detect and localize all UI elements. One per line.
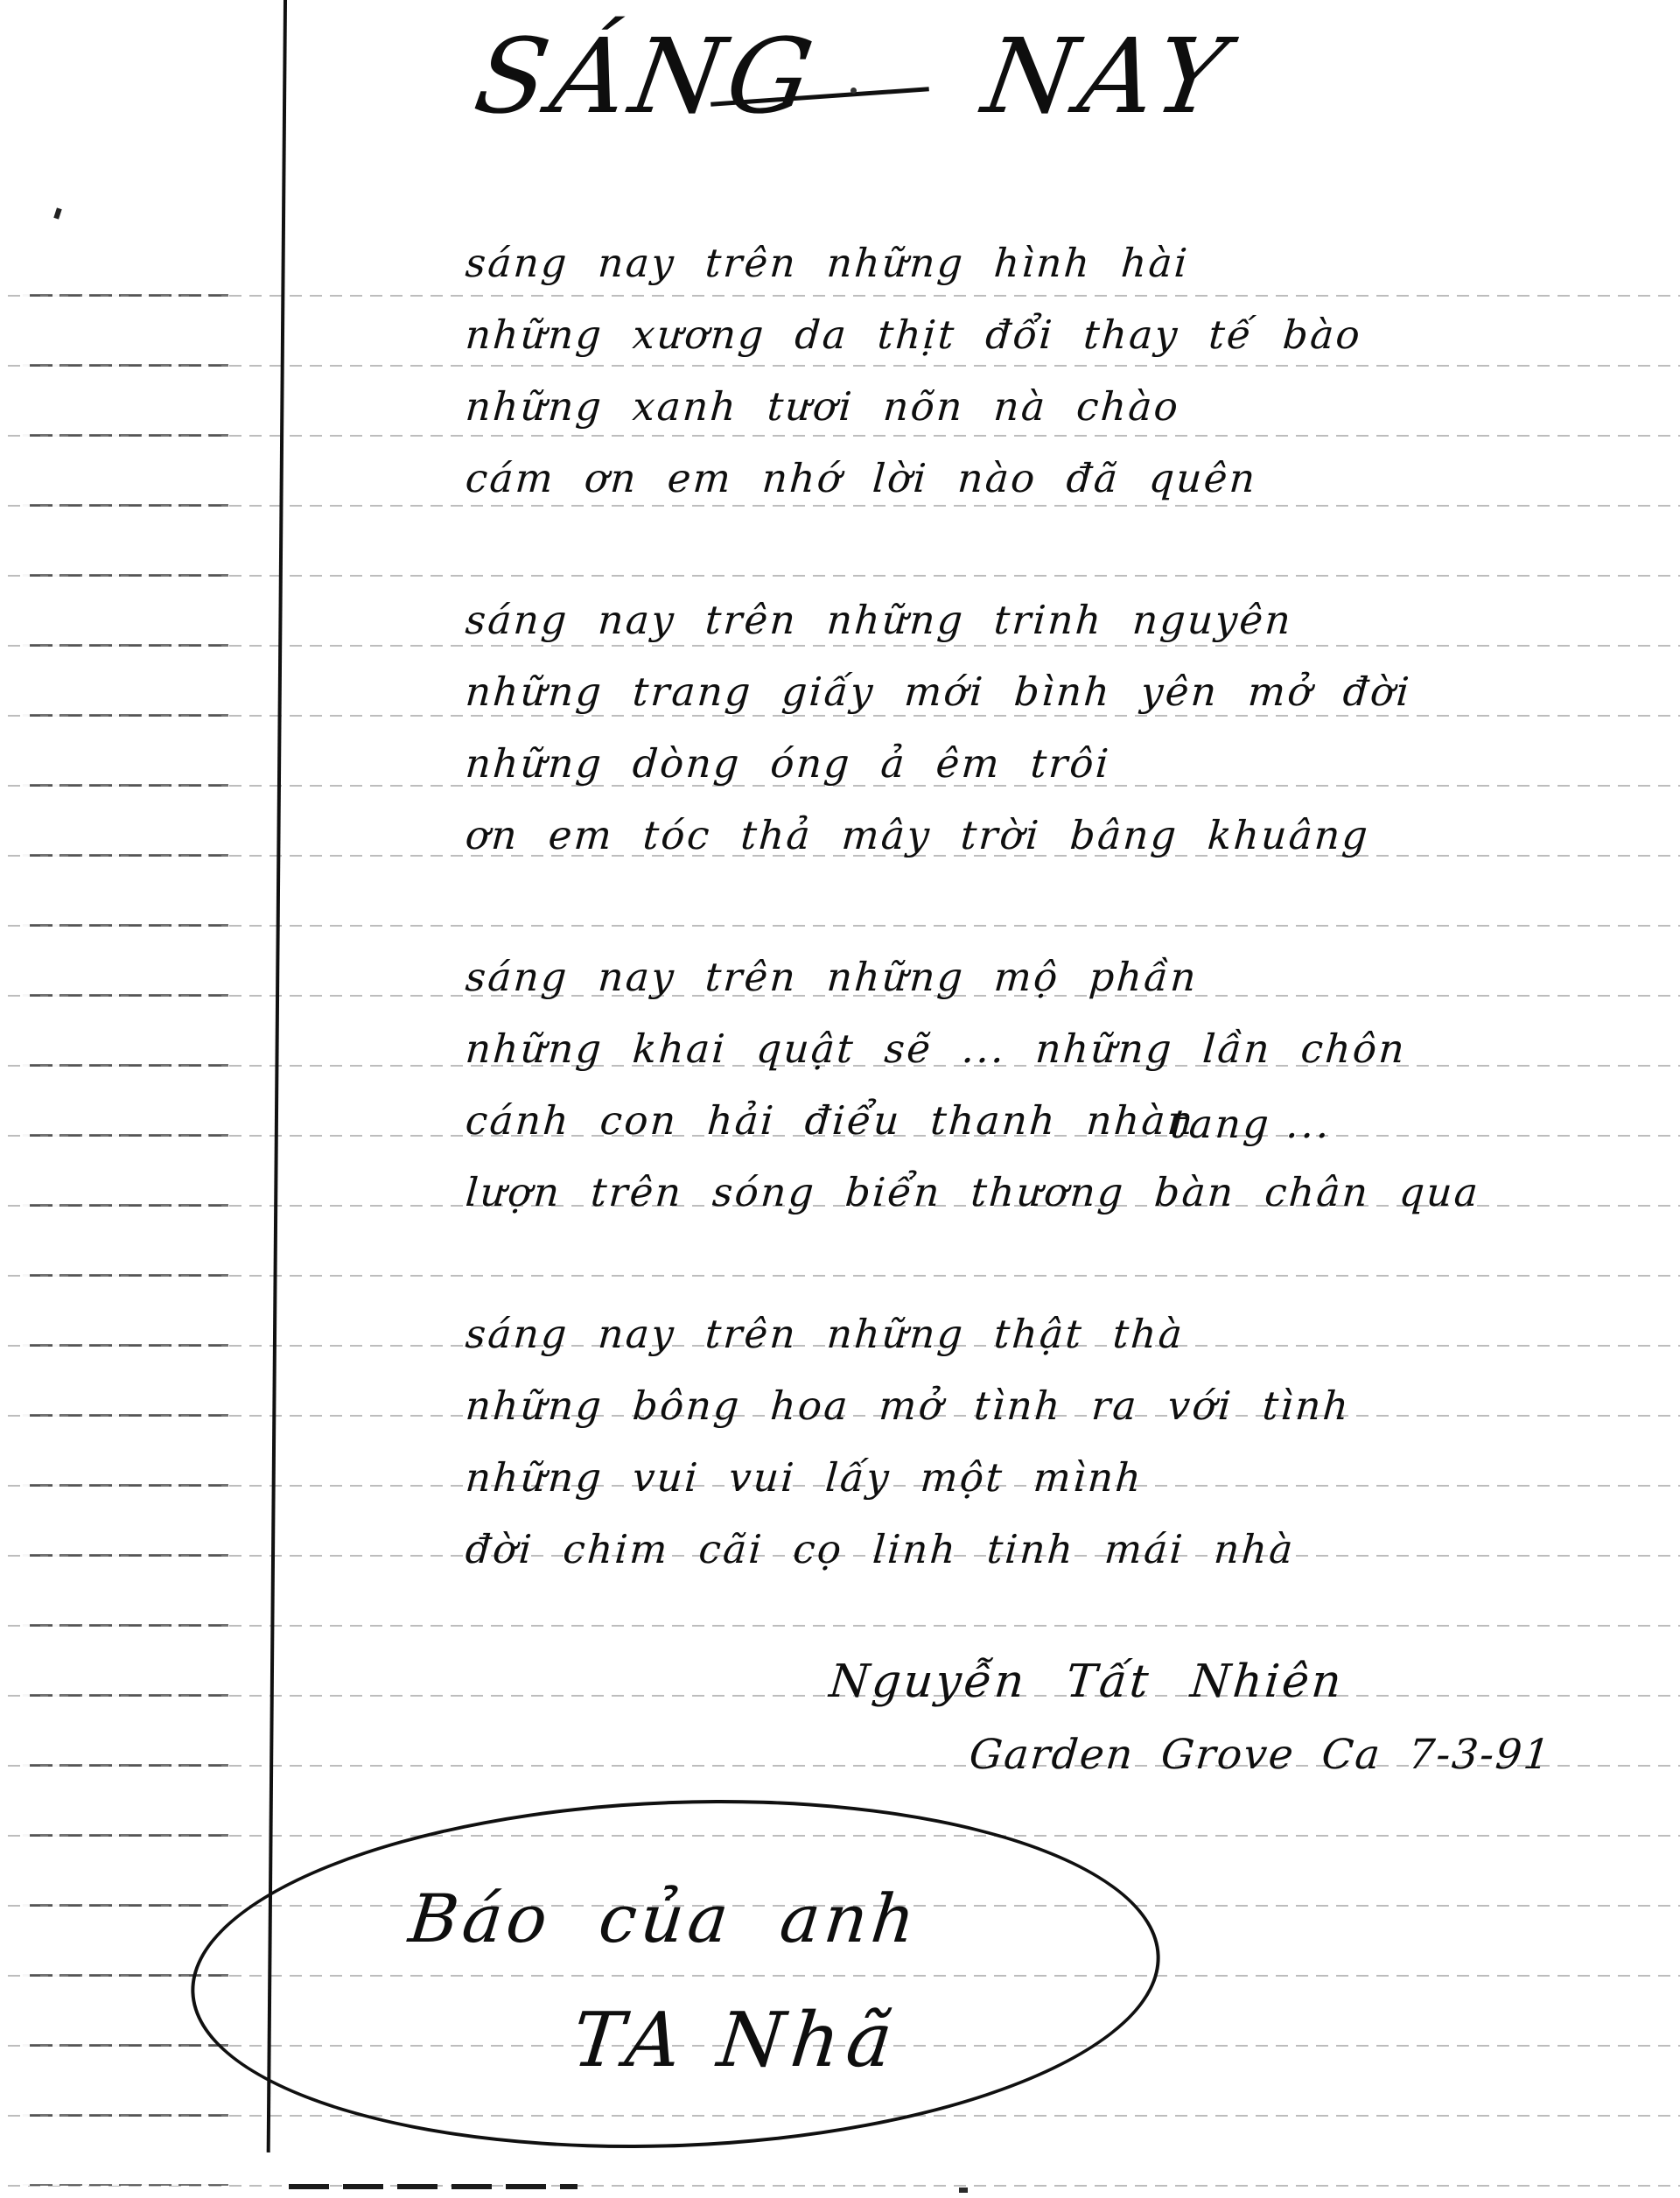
signature-author: Nguyễn Tất Nhiên xyxy=(827,1655,1346,1708)
scan-speck xyxy=(850,87,857,94)
stanza-4: sáng nay trên những thật thà những bông … xyxy=(465,1298,1350,1585)
left-edge-rule-dashes xyxy=(23,294,228,2186)
bottom-scan-dot xyxy=(959,2187,968,2193)
poem-line: lượn trên sóng biển thương bàn chân qua xyxy=(463,1157,1482,1228)
stanza-2: sáng nay trên những trinh nguyên những t… xyxy=(465,584,1411,871)
bottom-scan-artifact xyxy=(289,2184,577,2189)
poem-line: những xanh tươi nõn nà chào xyxy=(463,371,1364,443)
stanza-3: sáng nay trên những mộ phần những khai q… xyxy=(465,941,1480,1228)
poem-line: những bông hoa mở tình ra với tình xyxy=(463,1370,1353,1442)
scan-speck xyxy=(53,207,61,219)
dedication-line-1: Báo của anh xyxy=(405,1879,923,1957)
stanza-1: sáng nay trên những hình hài những xương… xyxy=(465,227,1361,514)
poem-line: những vui vui lấy một mình xyxy=(463,1442,1353,1514)
signature-place-date: Garden Grove Ca 7-3-91 xyxy=(968,1731,1554,1779)
scanned-poem-page: SÁNG NAY sáng nay trên những hình hài nh… xyxy=(0,0,1680,2198)
stanza-3-overflow-word: tang ... xyxy=(1169,1101,1333,1147)
poem-line: sáng nay trên những thật thà xyxy=(463,1298,1353,1370)
poem-line: cám ơn em nhớ lời nào đã quên xyxy=(463,443,1364,514)
poem-line: những xương da thịt đổi thay tế bào xyxy=(463,299,1364,371)
dedication-line-2: TA Nhã xyxy=(569,1997,904,2084)
poem-line: sáng nay trên những hình hài xyxy=(463,227,1364,299)
poem-line: những trang giấy mới bình yên mở đời xyxy=(463,656,1413,728)
poem-line: những dòng óng ả êm trôi xyxy=(463,728,1413,800)
poem-title: SÁNG NAY xyxy=(467,16,1240,136)
poem-line: những khai quật sẽ ... những lần chôn xyxy=(463,1013,1482,1085)
poem-line: ơn em tóc thả mây trời bâng khuâng xyxy=(463,800,1413,871)
poem-line: sáng nay trên những mộ phần xyxy=(463,941,1482,1013)
poem-line: sáng nay trên những trinh nguyên xyxy=(463,584,1413,656)
poem-line: đời chim cãi cọ linh tinh mái nhà xyxy=(463,1514,1353,1585)
